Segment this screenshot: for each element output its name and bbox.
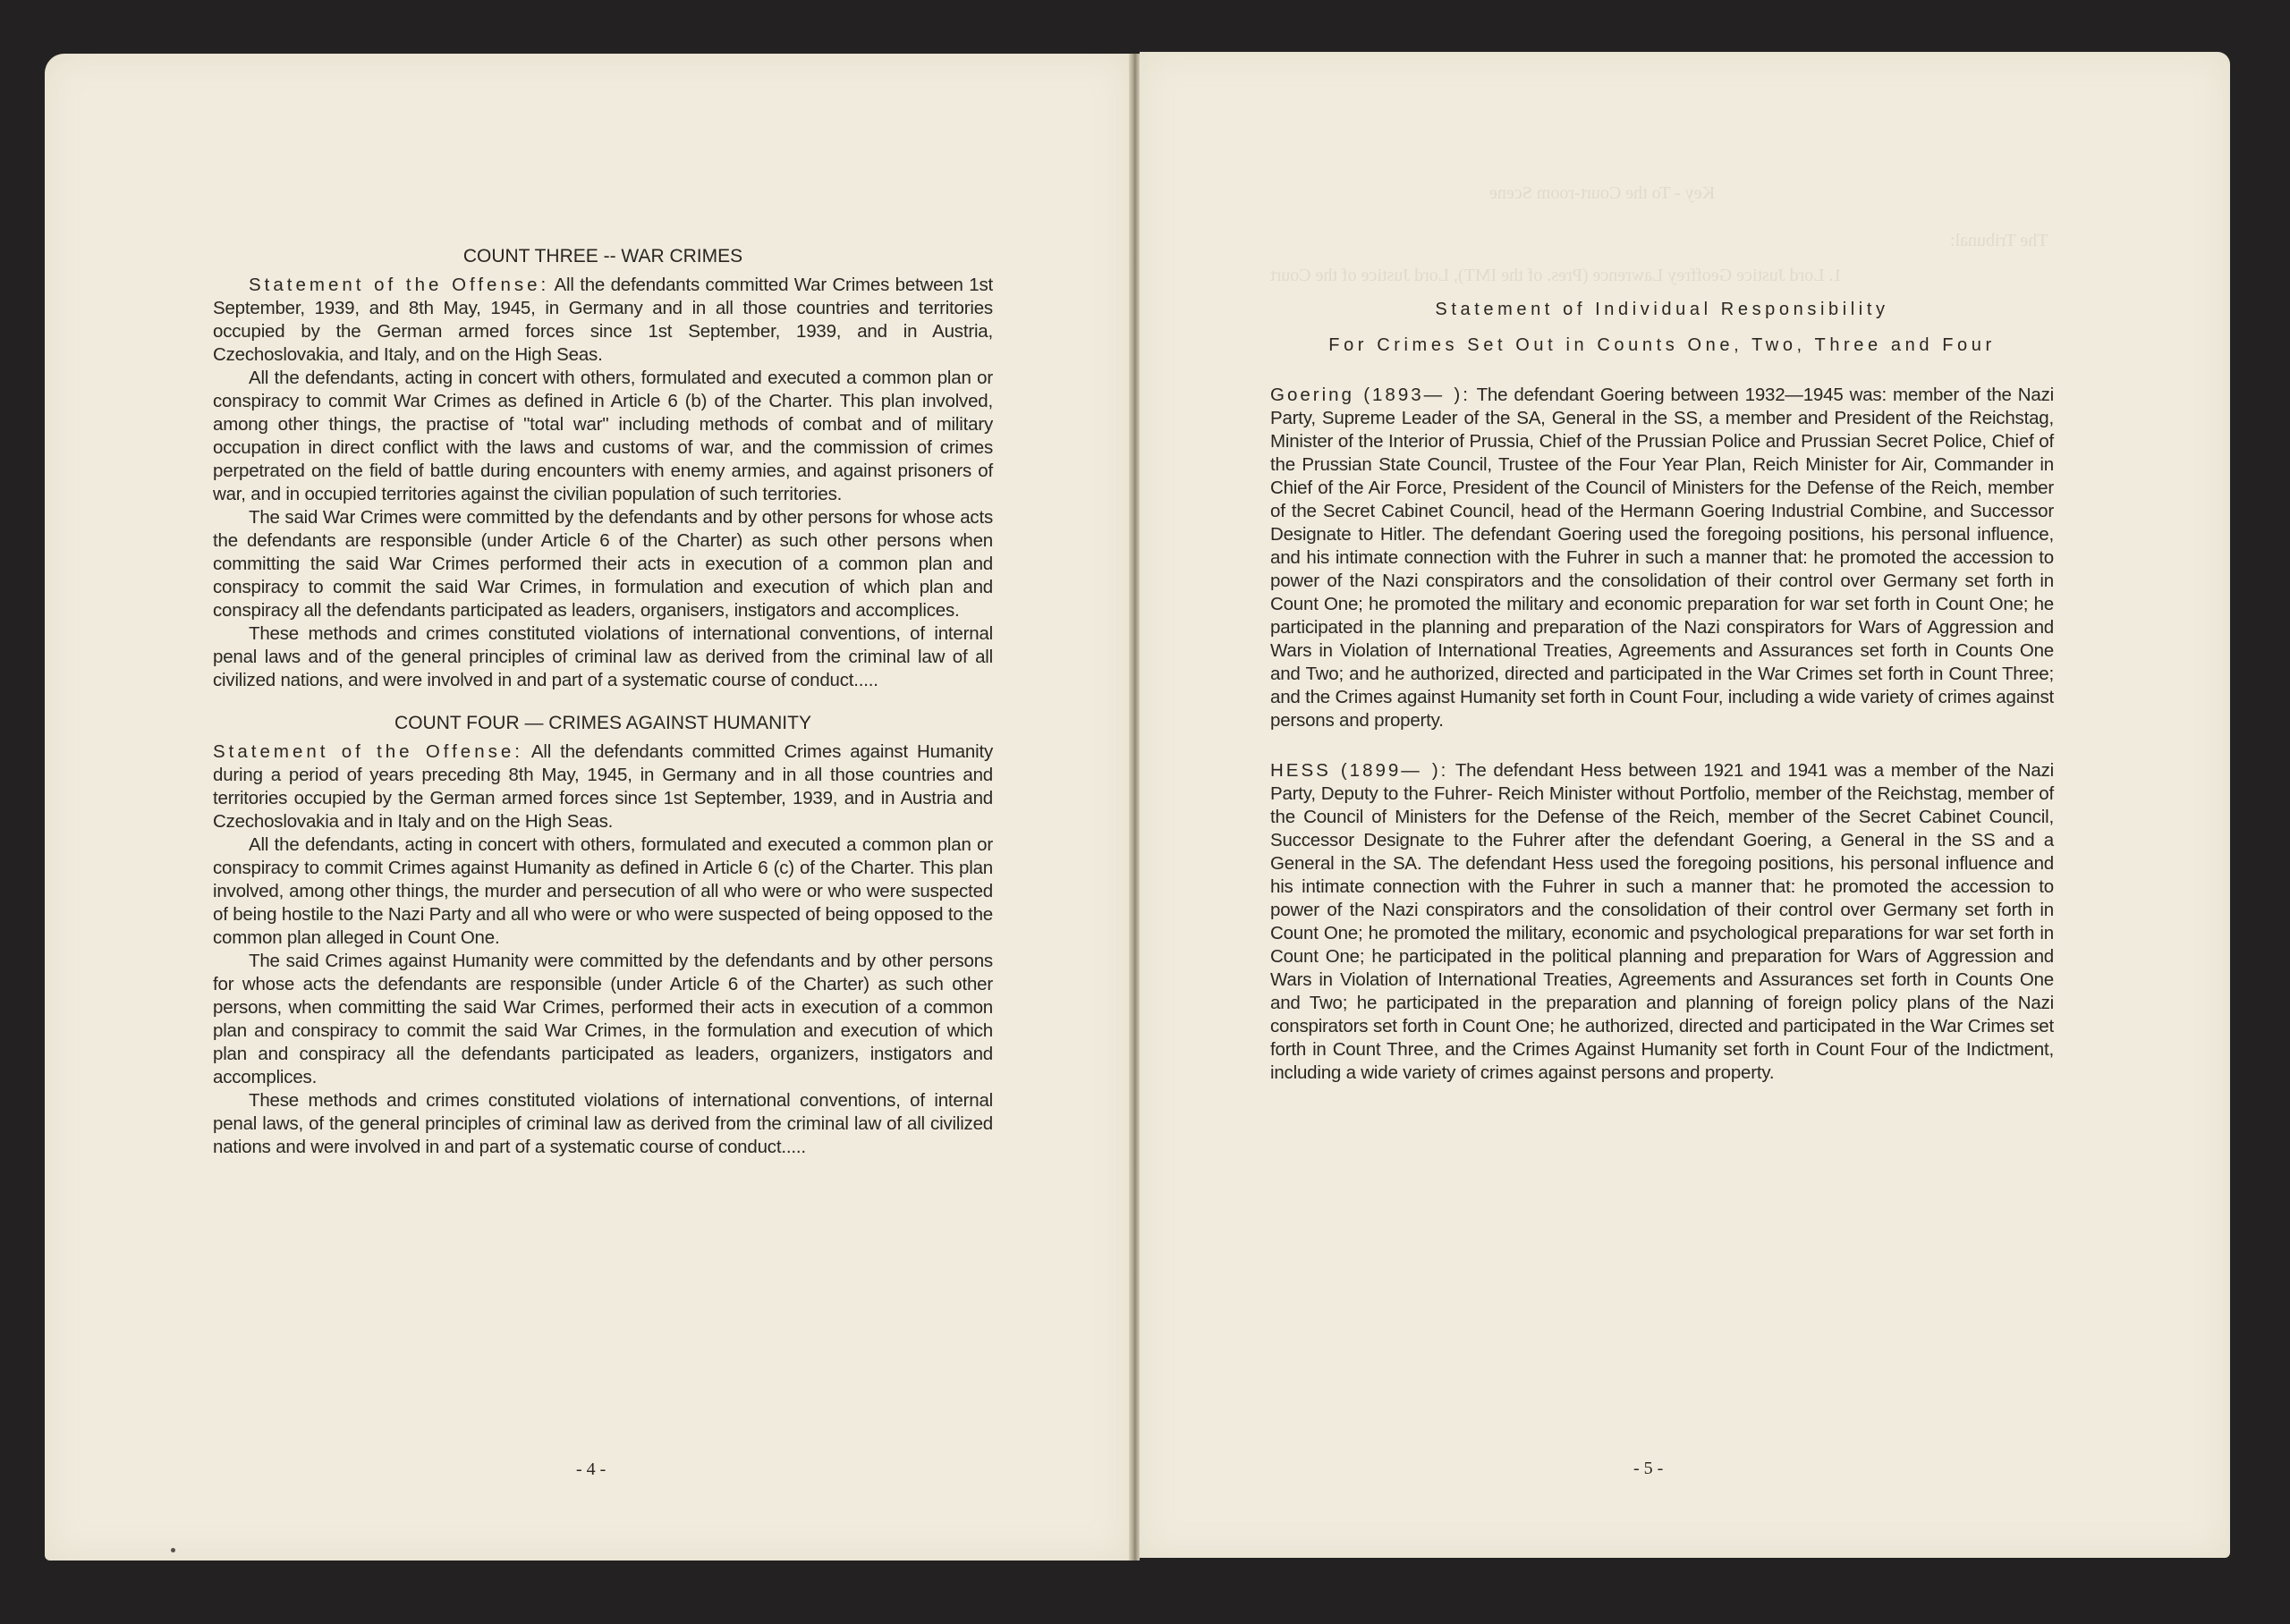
show-through-line: 1. Lord Justice Geoffrey Lawrence (Pres.… [1270, 266, 1842, 286]
section-subtitle: For Crimes Set Out in Counts One, Two, T… [1270, 334, 2054, 357]
paper-speck [171, 1548, 175, 1552]
defendant-text: The defendant Hess between 1921 and 1941… [1270, 760, 2054, 1083]
count-three-paragraph: All the defendants, acting in concert wi… [213, 367, 993, 506]
count-three-paragraph: These methods and crimes constituted vio… [213, 622, 993, 692]
right-page-text: Statement of Individual Responsibility F… [1270, 298, 2054, 1085]
page-number-left: - 4 - [576, 1459, 606, 1480]
count-four-paragraph: The said Crimes against Humanity were co… [213, 950, 993, 1089]
defendant-entry-hess: HESS (1899— ): The defendant Hess betwee… [1270, 759, 2054, 1085]
defendant-name: Goering (1893— ): [1270, 385, 1471, 405]
count-four-statement: Statement of the Offense: All the defend… [213, 740, 993, 833]
show-through-title: Key - To the Court-room Scene [1489, 183, 1715, 204]
section-title: Statement of Individual Responsibility [1270, 298, 2054, 321]
left-page-text: COUNT THREE -- WAR CRIMES Statement of t… [213, 245, 993, 1159]
count-four-paragraph: All the defendants, acting in concert wi… [213, 833, 993, 950]
count-four-heading: COUNT FOUR — CRIMES AGAINST HUMANITY [213, 712, 993, 735]
statement-label: Statement of the Offense: [213, 741, 523, 762]
defendant-entry-goering: Goering (1893— ): The defendant Goering … [1270, 384, 2054, 732]
count-four-paragraph: These methods and crimes constituted vio… [213, 1089, 993, 1159]
defendant-text: The defendant Goering between 1932—1945 … [1270, 385, 2054, 731]
count-three-statement: Statement of the Offense: All the defend… [213, 274, 993, 367]
statement-label: Statement of the Offense: [249, 275, 549, 295]
show-through-label: The Tribunal: [1950, 231, 2048, 251]
page-number-right: - 5 - [1633, 1459, 1663, 1479]
count-three-heading: COUNT THREE -- WAR CRIMES [213, 245, 993, 268]
count-three-paragraph: The said War Crimes were committed by th… [213, 506, 993, 622]
book-gutter [1129, 54, 1140, 1561]
defendant-name: HESS (1899— ): [1270, 760, 1448, 781]
